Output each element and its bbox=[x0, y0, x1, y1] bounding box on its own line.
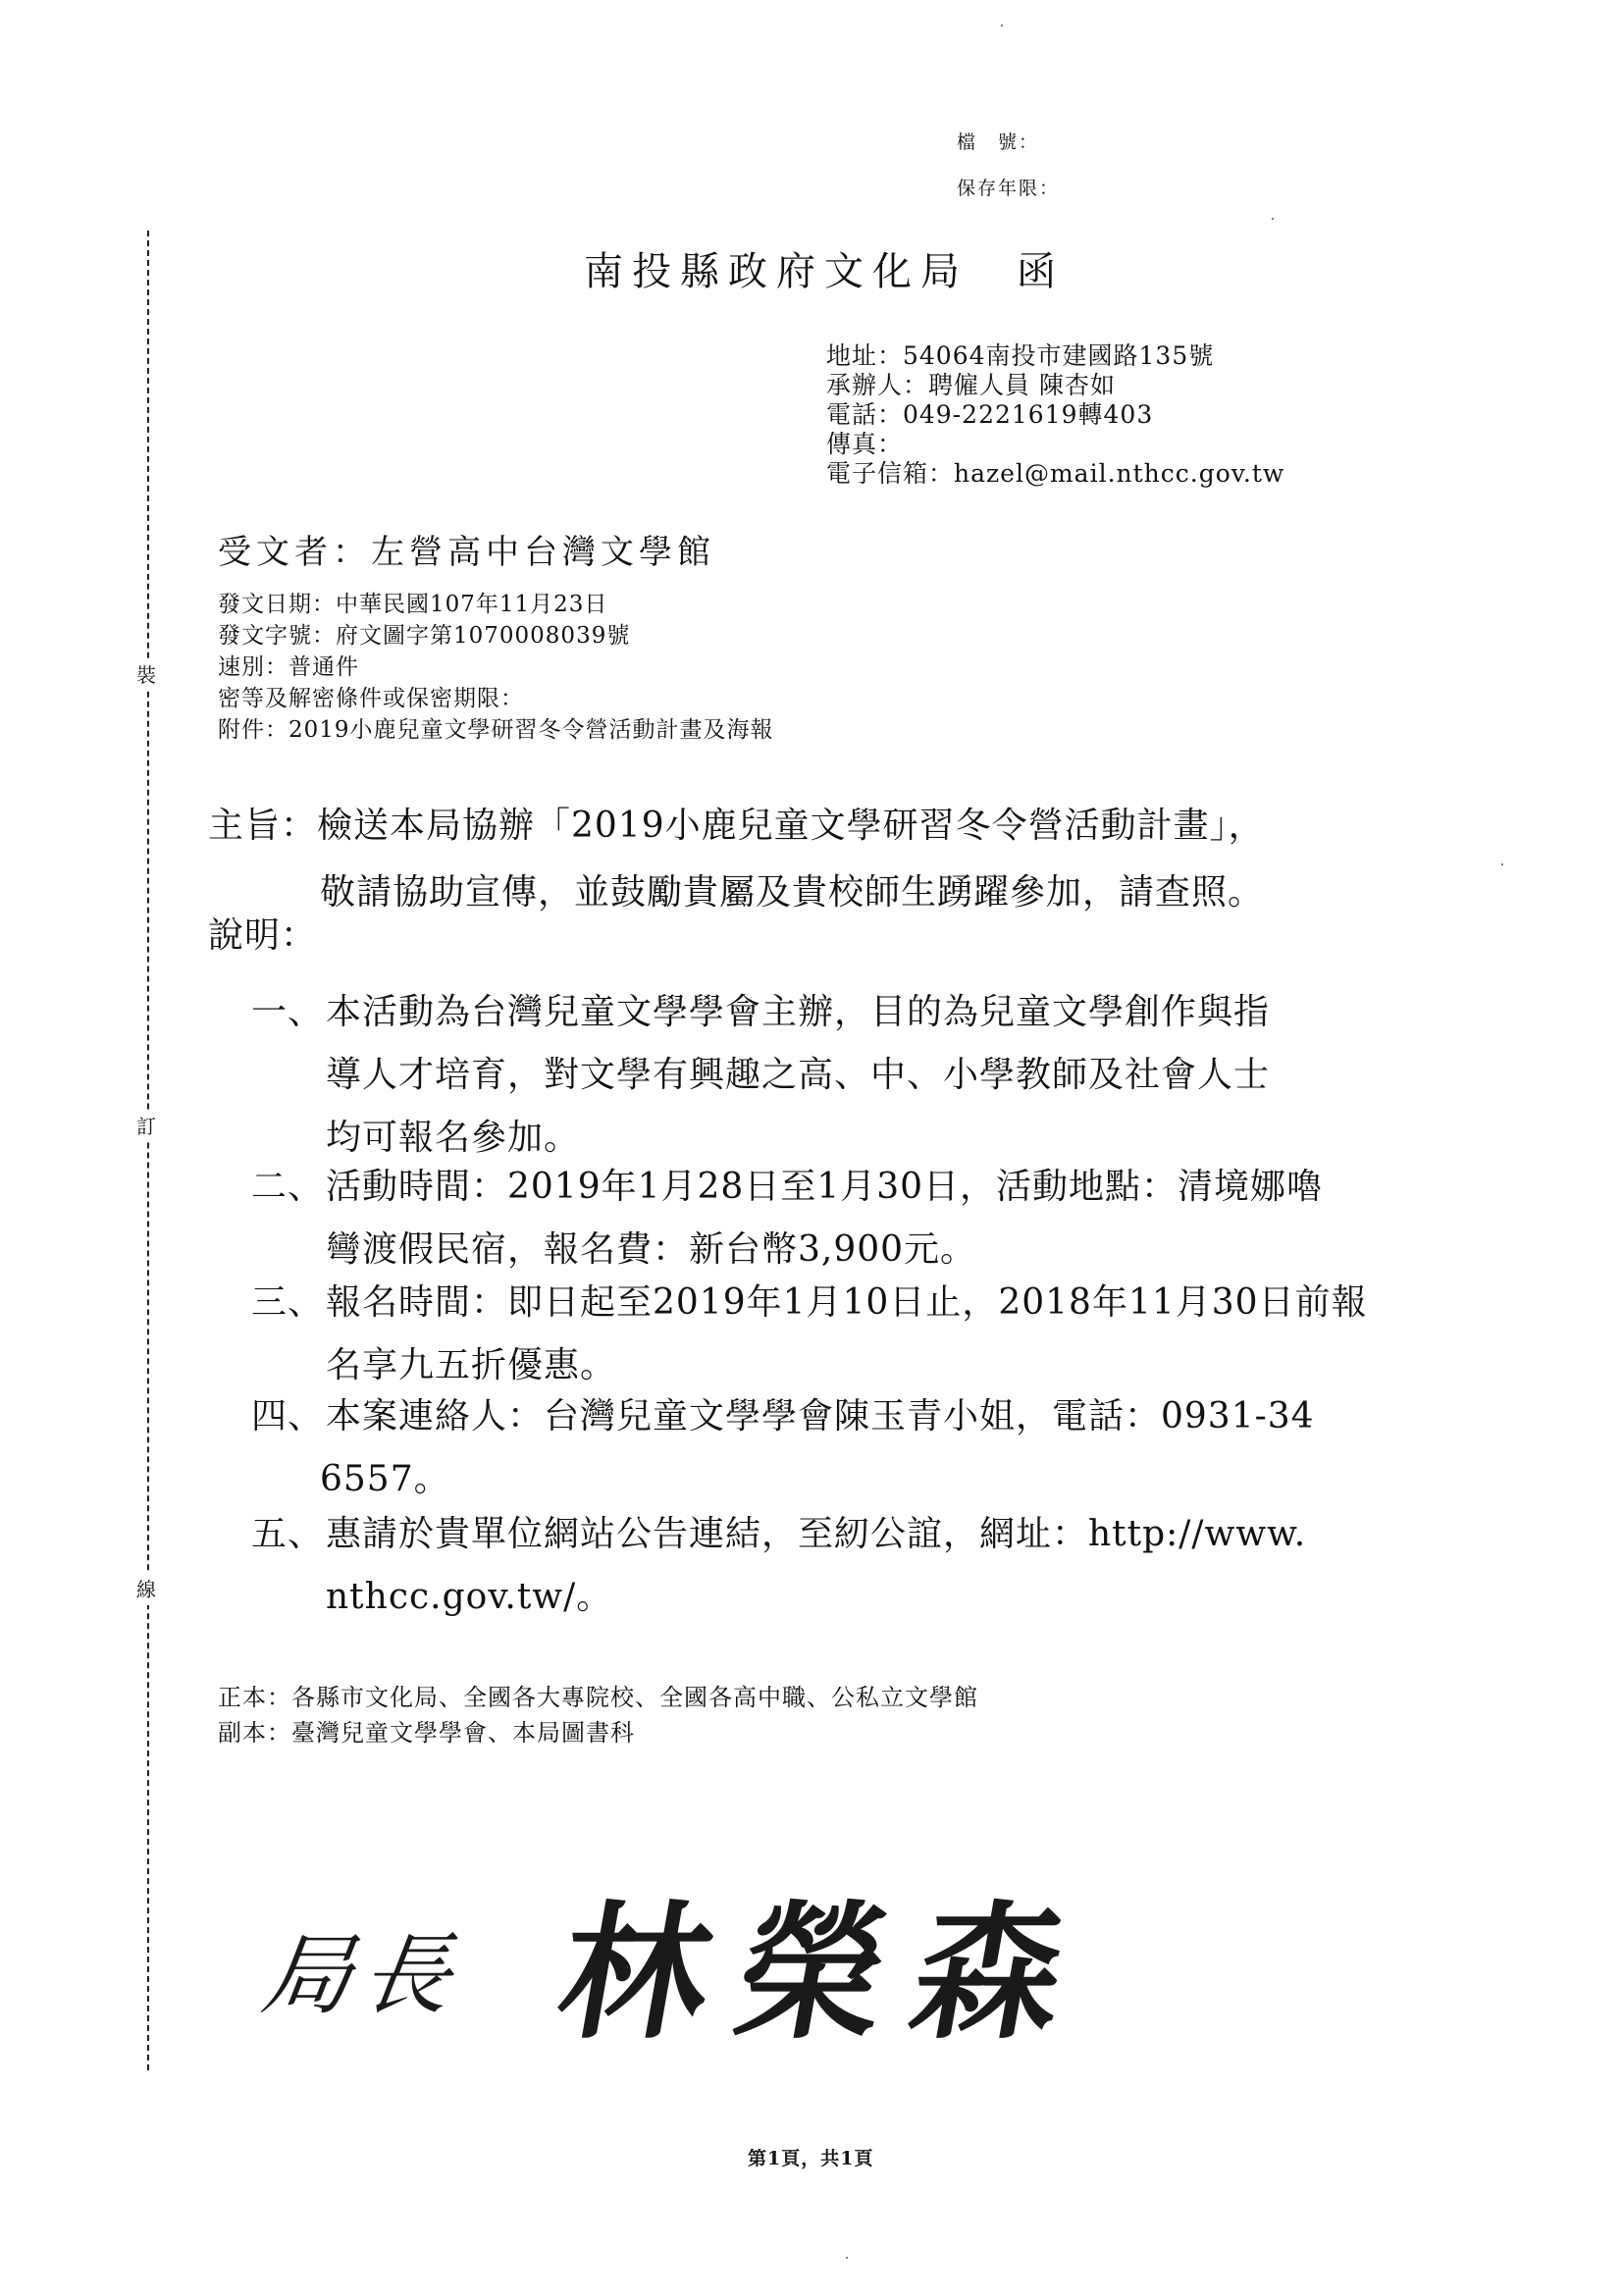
subject-block: 主旨：檢送本局協辦「2019小鹿兒童文學研習冬令營活動計畫」， 敬請協助宣傳，並… bbox=[208, 793, 1265, 926]
scan-speck bbox=[1001, 25, 1003, 26]
item-number: 一、 bbox=[251, 981, 326, 1044]
binding-mark-xian: 線 bbox=[136, 1574, 156, 1605]
attachment: 附件：2019小鹿兒童文學研習冬令營活動計畫及海報 bbox=[218, 714, 774, 746]
scan-speck bbox=[1272, 218, 1274, 220]
explanation-item-2: 二、活動時間：2019年1月28日至1月30日，活動地點：清境娜嚕 彎渡假民宿，… bbox=[251, 1156, 1323, 1281]
sender-info-block: 地址：54064南投市建國路135號 承辦人：聘僱人員 陳杏如 電話：049-2… bbox=[826, 341, 1284, 489]
item-number: 二、 bbox=[251, 1156, 326, 1219]
scan-speck bbox=[846, 2257, 848, 2259]
item-line: 報名時間：即日起至2019年1月10日止，2018年11月30日前報 bbox=[326, 1282, 1368, 1323]
item-line: nthcc.gov.tw/。 bbox=[251, 1566, 1306, 1629]
signature-title: 局長 bbox=[256, 1904, 470, 2031]
document-meta-fields: 發文日期：中華民國107年11月23日 發文字號：府文圖字第1070008039… bbox=[218, 589, 774, 746]
explanation-item-4: 四、本案連絡人：台灣兒童文學學會陳玉青小姐，電話：0931-34 6557。 bbox=[251, 1385, 1315, 1511]
page-number: 第1頁，共1頁 bbox=[748, 2144, 873, 2170]
file-number-label: 檔 號： bbox=[957, 128, 1039, 154]
document-number: 發文字號：府文圖字第1070008039號 bbox=[218, 620, 774, 652]
signature-name: 林榮森 bbox=[546, 1854, 1113, 2066]
sender-email: 電子信箱：hazel@mail.nthcc.gov.tw bbox=[826, 459, 1284, 489]
scan-speck bbox=[1501, 863, 1503, 865]
item-line: 本活動為台灣兒童文學學會主辦，目的為兒童文學創作與指 bbox=[326, 992, 1270, 1032]
item-number: 五、 bbox=[251, 1503, 326, 1566]
item-line: 導人才培育，對文學有興趣之高、中、小學教師及社會人士 bbox=[251, 1044, 1270, 1107]
sender-handler: 承辦人：聘僱人員 陳杏如 bbox=[826, 371, 1284, 400]
binding-mark-zhuang: 裝 bbox=[136, 659, 156, 691]
delivery-speed: 速別：普通件 bbox=[218, 652, 774, 683]
item-number: 四、 bbox=[251, 1385, 326, 1448]
distribution-block: 正本：各縣市文化局、全國各大專院校、全國各高中職、公私立文學館 副本：臺灣兒童文… bbox=[218, 1680, 978, 1750]
sender-address: 地址：54064南投市建國路135號 bbox=[826, 341, 1284, 371]
item-line: 惠請於貴單位網站公告連結，至紉公誼，網址：http://www. bbox=[326, 1514, 1306, 1554]
document-title: 南投縣政府文化局 函 bbox=[584, 240, 1065, 296]
item-number: 三、 bbox=[251, 1272, 326, 1334]
binding-dashed-line bbox=[147, 231, 149, 2070]
item-line: 活動時間：2019年1月28日至1月30日，活動地點：清境娜嚕 bbox=[326, 1167, 1323, 1207]
binding-mark-ding: 訂 bbox=[136, 1111, 156, 1142]
copy-recipients: 副本：臺灣兒童文學學會、本局圖書科 bbox=[218, 1715, 978, 1750]
subject-line-2: 敬請協助宣傳，並鼓勵貴屬及貴校師生踴躍參加，請查照。 bbox=[208, 860, 1265, 926]
signature-block: 局長 林榮森 bbox=[265, 1845, 1246, 2041]
classification: 密等及解密條件或保密期限： bbox=[218, 683, 774, 714]
original-recipients: 正本：各縣市文化局、全國各大專院校、全國各高中職、公私立文學館 bbox=[218, 1680, 978, 1715]
issue-date: 發文日期：中華民國107年11月23日 bbox=[218, 589, 774, 620]
explanation-label: 說明： bbox=[208, 908, 317, 958]
sender-phone: 電話：049-2221619轉403 bbox=[826, 400, 1284, 430]
explanation-item-5: 五、惠請於貴單位網站公告連結，至紉公誼，網址：http://www. nthcc… bbox=[251, 1503, 1306, 1629]
item-line: 6557。 bbox=[251, 1448, 1315, 1511]
explanation-item-1: 一、本活動為台灣兒童文學學會主辦，目的為兒童文學創作與指 導人才培育，對文學有興… bbox=[251, 981, 1270, 1170]
subject-line-1: 主旨：檢送本局協辦「2019小鹿兒童文學研習冬令營活動計畫」， bbox=[208, 793, 1265, 860]
recipient: 受文者：左營高中台灣文學館 bbox=[218, 525, 715, 573]
retention-period-label: 保存年限： bbox=[957, 174, 1060, 200]
item-line: 本案連絡人：台灣兒童文學學會陳玉青小姐，電話：0931-34 bbox=[326, 1396, 1315, 1436]
explanation-item-3: 三、報名時間：即日起至2019年1月10日止，2018年11月30日前報 名享九… bbox=[251, 1272, 1368, 1397]
sender-fax: 傳真： bbox=[826, 430, 1284, 459]
